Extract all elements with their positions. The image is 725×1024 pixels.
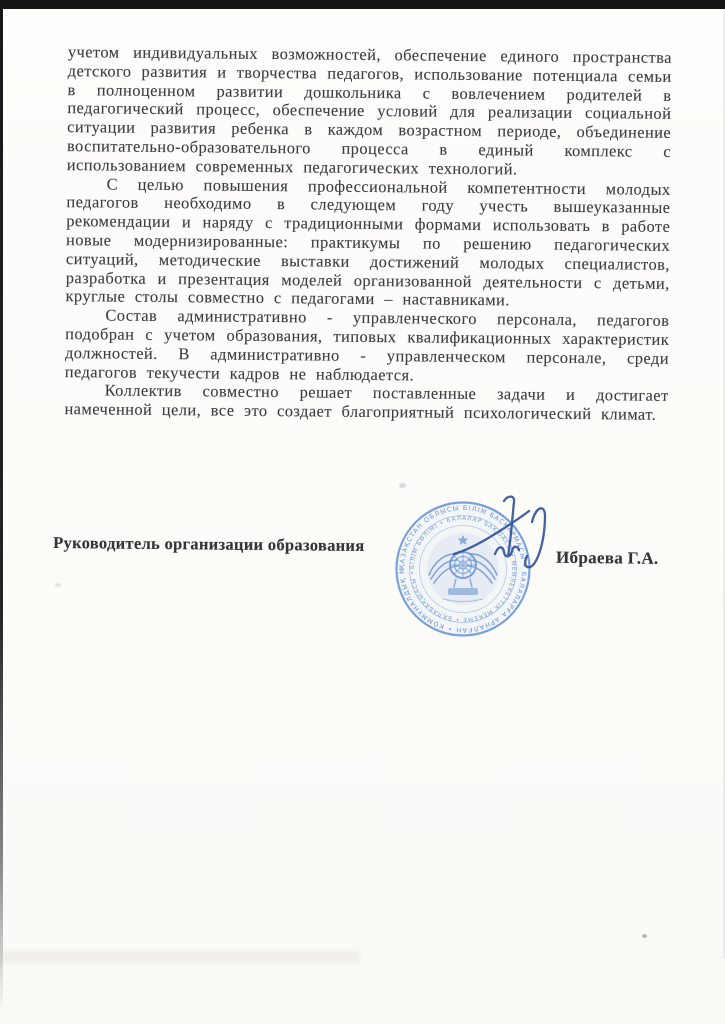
signature-role-label: Руководитель организации образования [53, 533, 365, 556]
scan-edge-top [0, 0, 725, 9]
signer-name: Ибраева Г.А. [556, 548, 659, 569]
handwritten-signature [448, 492, 552, 576]
scan-speck [55, 583, 61, 587]
scanned-document-page: учетом индивидуальных возможностей, обес… [0, 0, 725, 1024]
paragraph: Состав административно - управленческого… [65, 306, 670, 387]
paragraph: Коллектив совместно решает поставленные … [64, 381, 668, 424]
scan-smudge [0, 951, 360, 963]
signature-ink-icon [448, 492, 552, 576]
paragraph: С целью повышения профессиональной компе… [65, 175, 670, 312]
scan-speck [399, 483, 406, 488]
paragraph: учетом индивидуальных возможностей, обес… [67, 43, 672, 180]
scan-edge-left [0, 8, 3, 1012]
scan-speck [642, 934, 647, 938]
document-body: учетом индивидуальных возможностей, обес… [54, 43, 674, 425]
